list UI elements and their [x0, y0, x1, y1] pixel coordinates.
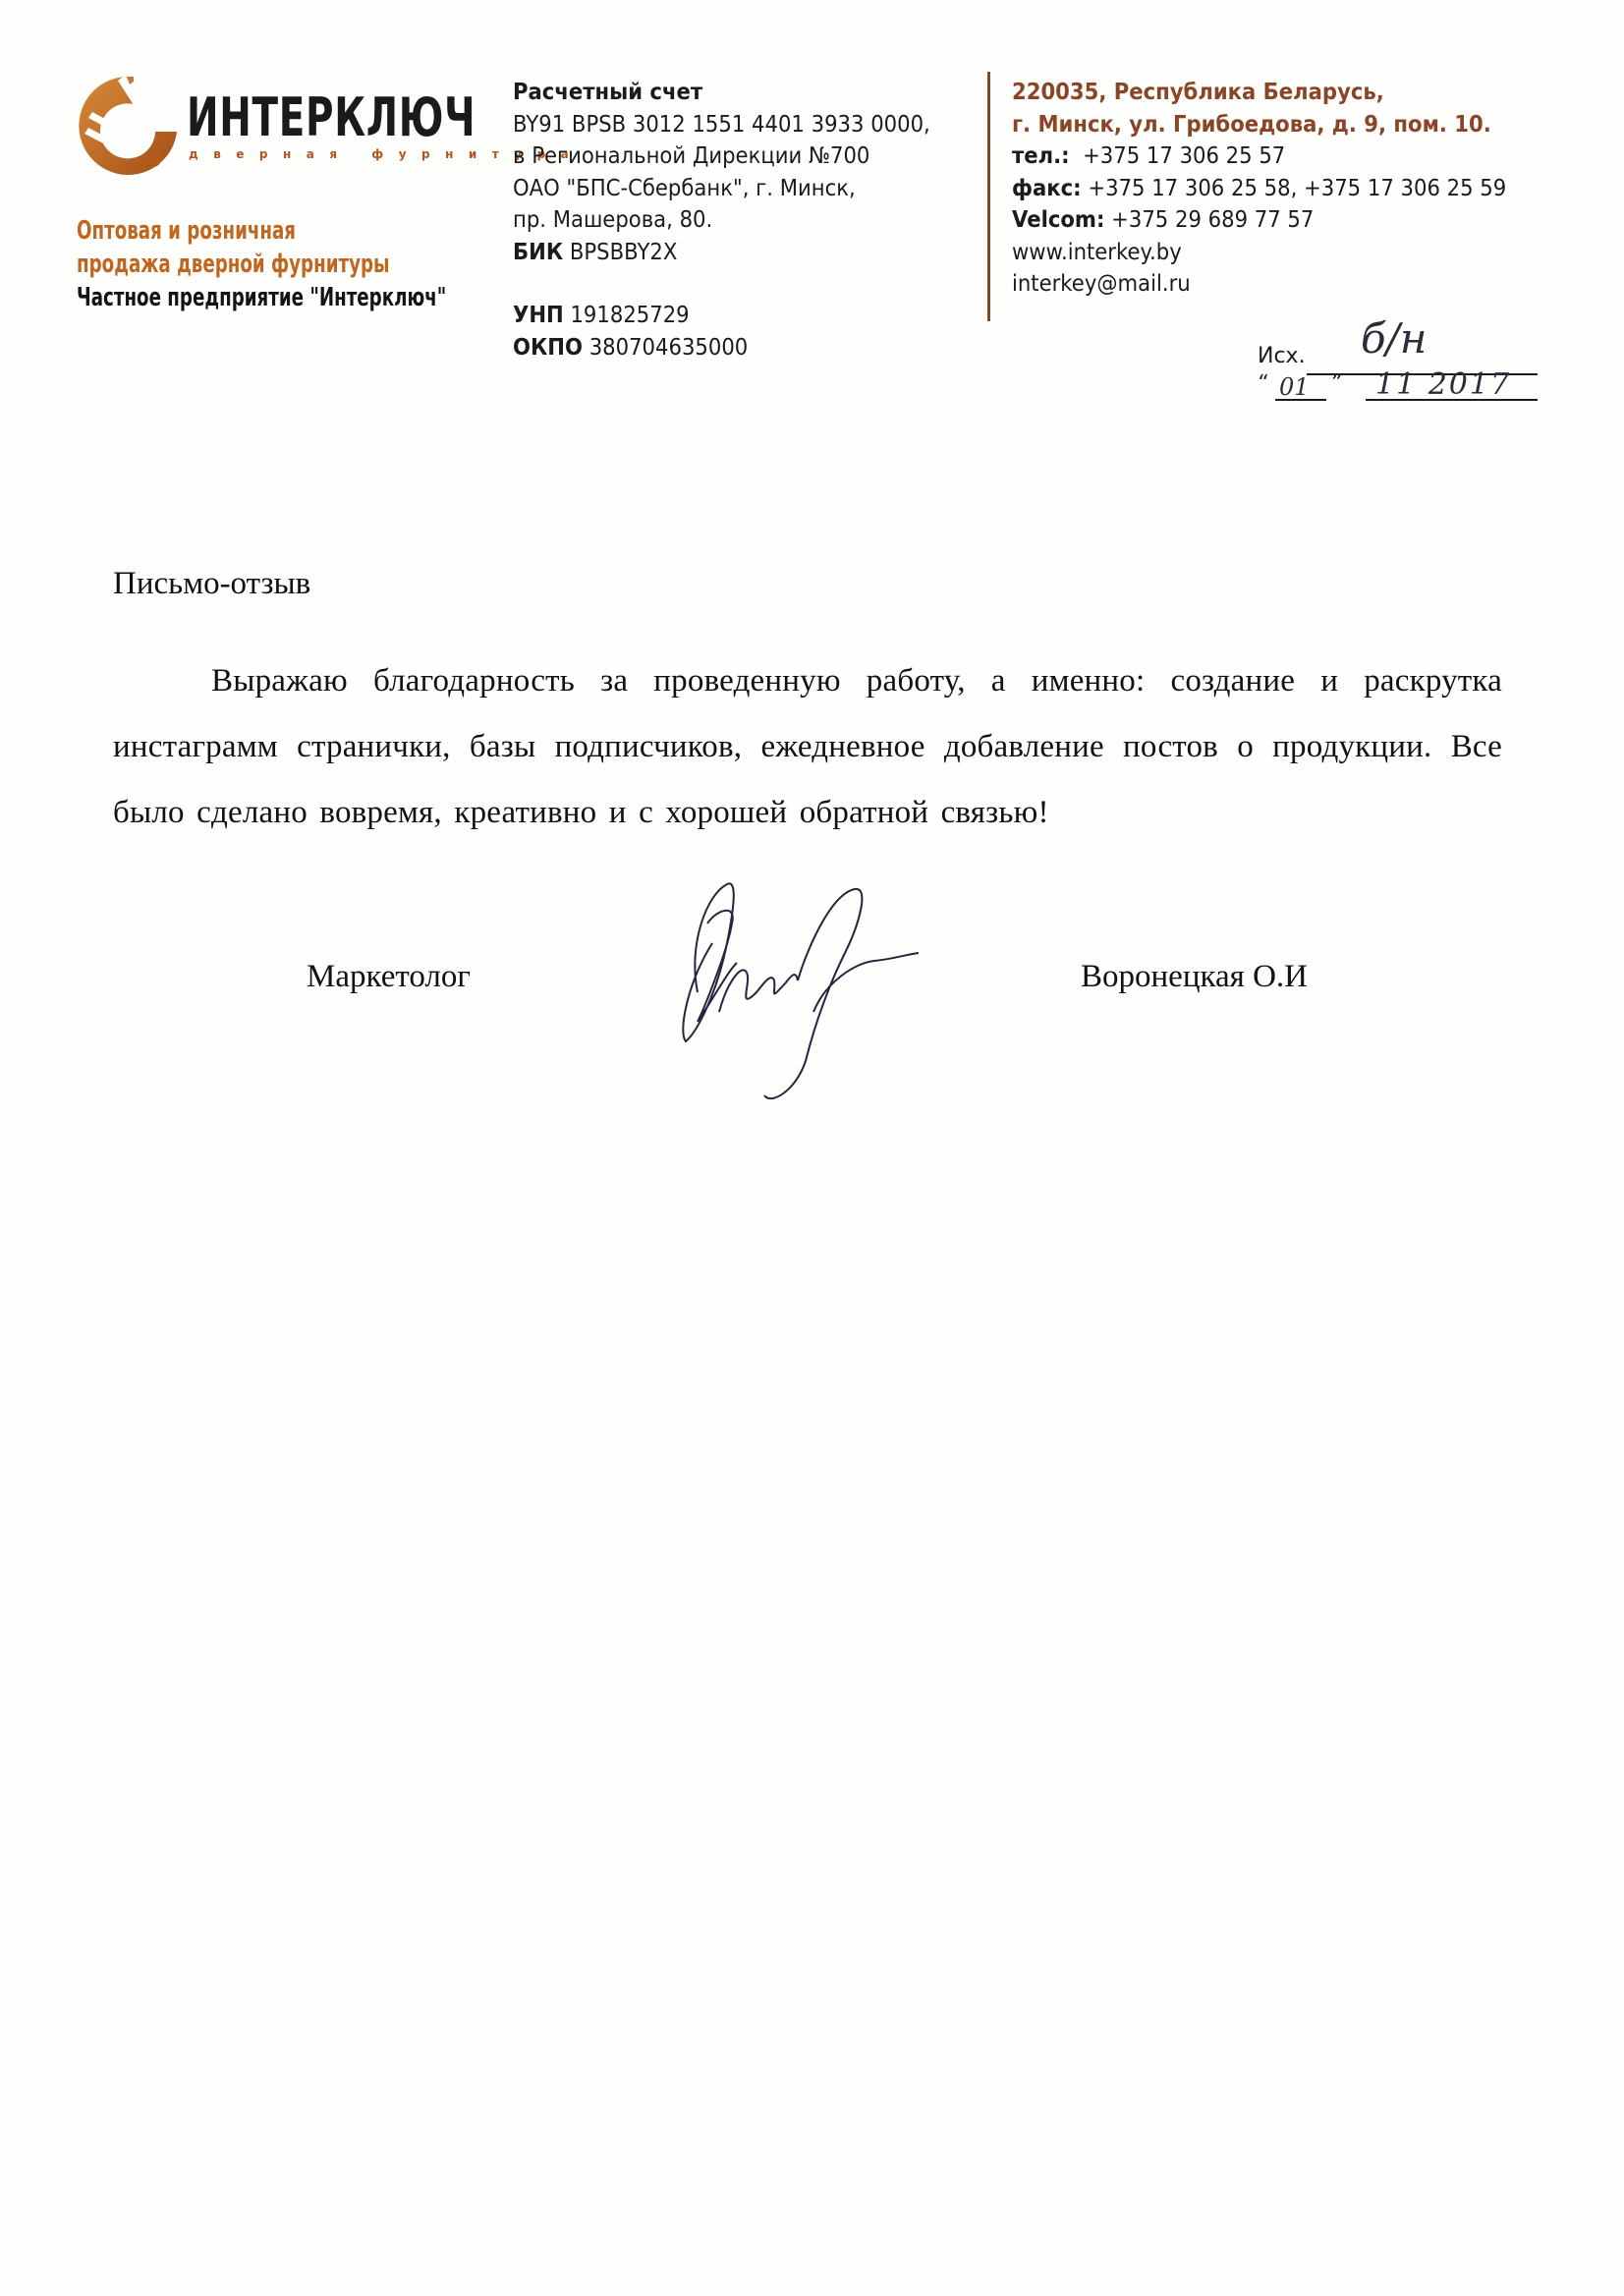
day-underline [1275, 399, 1326, 401]
velcom: Velcom: +375 29 689 77 57 [1012, 204, 1506, 237]
address-line-1: 220035, Республика Беларусь, [1012, 77, 1506, 109]
outgoing-month-year: 11 2017 [1375, 367, 1511, 402]
phone-label: тел.: [1012, 143, 1070, 169]
phone-value: +375 17 306 25 57 [1083, 143, 1285, 169]
bank-account: BY91 BPSB 3012 1551 4401 3933 0000, [513, 109, 930, 141]
bank-line-2: в Региональной Дирекции №700 [513, 140, 930, 173]
company-name: Частное предприятие "Интерключ" [77, 281, 446, 314]
unp-value: 191825729 [570, 303, 689, 328]
bank-okpo: ОКПО 380704635000 [513, 332, 930, 364]
slogan-line-2: продажа дверной фурнитуры [77, 248, 446, 281]
website-link[interactable]: www.interkey.by [1012, 237, 1506, 269]
unp-label: УНП [513, 303, 564, 328]
bik-value: BPSBBY2X [570, 240, 677, 265]
date-underline [1366, 399, 1538, 401]
outgoing-label: Исх. [1258, 344, 1306, 368]
open-quote: “ [1258, 371, 1268, 396]
okpo-value: 380704635000 [589, 335, 749, 361]
fax: факс: +375 17 306 25 58, +375 17 306 25 … [1012, 173, 1506, 205]
signer-name: Воронецкая О.И [1081, 959, 1308, 995]
velcom-value: +375 29 689 77 57 [1111, 207, 1314, 233]
header-separator [987, 72, 990, 321]
signer-role: Маркетолог [307, 959, 471, 995]
bank-details: Расчетный счет BY91 BPSB 3012 1551 4401 … [513, 77, 930, 364]
bank-line-3: ОАО "БПС-Сбербанк", г. Минск, [513, 173, 930, 205]
bank-unp: УНП 191825729 [513, 300, 930, 332]
slogan-line-1: Оптовая и розничная [77, 214, 446, 248]
velcom-label: Velcom: [1012, 207, 1104, 233]
letter-body: Выражаю благодарность за проведенную раб… [113, 648, 1502, 846]
brand-slogan: Оптовая и розничная продажа дверной фурн… [77, 214, 446, 314]
outgoing-day: 01 [1279, 373, 1310, 401]
outgoing-number: б/н [1361, 314, 1427, 363]
fax-label: факс: [1012, 176, 1082, 201]
spacer [513, 268, 930, 300]
contact-details: 220035, Республика Беларусь, г. Минск, у… [1012, 77, 1506, 301]
phone: тел.: +375 17 306 25 57 [1012, 140, 1506, 173]
okpo-label: ОКПО [513, 335, 583, 361]
key-circle-logo-icon [75, 75, 181, 177]
handwritten-signature-icon [658, 865, 1051, 1100]
bank-line-4: пр. Машерова, 80. [513, 204, 930, 237]
brand-wordmark: ИНТЕРКЛЮЧ [187, 90, 476, 145]
letter-title: Письмо-отзыв [113, 566, 310, 602]
close-quote: ” [1331, 371, 1342, 396]
letter-page: ИНТЕРКЛЮЧ дверная фурнитура Оптовая и ро… [0, 0, 1624, 2296]
fax-value: +375 17 306 25 58, +375 17 306 25 59 [1088, 176, 1506, 201]
outgoing-reference: Исх. б/н “ 01 ” 11 2017 [1258, 295, 1552, 413]
bank-heading: Расчетный счет [513, 77, 930, 109]
bank-bik: БИК BPSBBY2X [513, 237, 930, 269]
bik-label: БИК [513, 240, 563, 265]
address-line-2: г. Минск, ул. Грибоедова, д. 9, пом. 10. [1012, 109, 1506, 141]
